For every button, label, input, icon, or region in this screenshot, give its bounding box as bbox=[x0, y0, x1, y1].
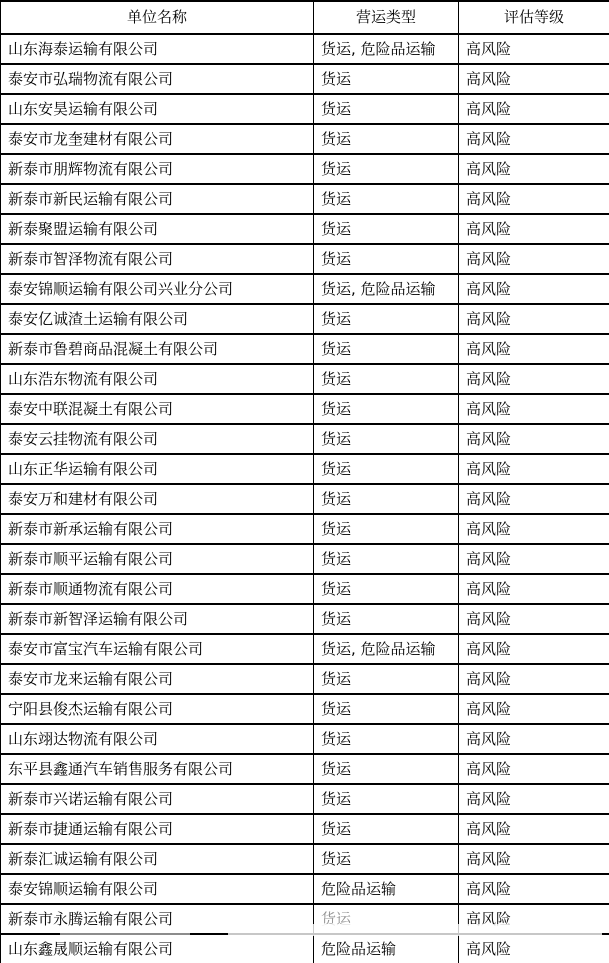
risk-assessment-table: 单位名称 营运类型 评估等级 山东海泰运输有限公司 货运, 危险品运输 高风险 … bbox=[0, 0, 609, 963]
assessment-level-cell: 高风险 bbox=[459, 754, 609, 784]
unit-name-cell: 山东海泰运输有限公司 bbox=[1, 34, 314, 64]
operation-type-cell: 货运 bbox=[314, 574, 459, 604]
assessment-level-cell: 高风险 bbox=[459, 844, 609, 874]
unit-name-cell: 新泰市新民运输有限公司 bbox=[1, 184, 314, 214]
operation-type-cell: 货运 bbox=[314, 664, 459, 694]
operation-type-cell: 货运 bbox=[314, 694, 459, 724]
table-row: 宁阳县俊杰运输有限公司 货运 高风险 bbox=[1, 694, 609, 724]
table-row: 泰安云挂物流有限公司 货运 高风险 bbox=[1, 424, 609, 454]
assessment-level-cell: 高风险 bbox=[459, 94, 609, 124]
unit-name-cell: 宁阳县俊杰运输有限公司 bbox=[1, 694, 314, 724]
table-row: 新泰市朋辉物流有限公司 货运 高风险 bbox=[1, 154, 609, 184]
table-row: 新泰市顺平运输有限公司 货运 高风险 bbox=[1, 544, 609, 574]
assessment-level-cell: 高风险 bbox=[459, 814, 609, 844]
operation-type-cell: 货运 bbox=[314, 154, 459, 184]
header-row: 单位名称 营运类型 评估等级 bbox=[1, 1, 609, 34]
unit-name-cell: 新泰市顺平运输有限公司 bbox=[1, 544, 314, 574]
table-row: 泰安万和建材有限公司 货运 高风险 bbox=[1, 484, 609, 514]
assessment-level-cell: 高风险 bbox=[459, 214, 609, 244]
assessment-level-cell: 高风险 bbox=[459, 64, 609, 94]
unit-name-cell: 泰安市龙奎建材有限公司 bbox=[1, 124, 314, 154]
table-row: 山东鑫晟顺运输有限公司 危险品运输 高风险 bbox=[1, 934, 609, 963]
unit-name-cell: 泰安锦顺运输有限公司 bbox=[1, 874, 314, 904]
assessment-level-cell: 高风险 bbox=[459, 664, 609, 694]
table-row: 山东正华运输有限公司 货运 高风险 bbox=[1, 454, 609, 484]
operation-type-cell: 货运, 危险品运输 bbox=[314, 34, 459, 64]
table-row: 山东海泰运输有限公司 货运, 危险品运输 高风险 bbox=[1, 34, 609, 64]
operation-type-cell: 货运 bbox=[314, 94, 459, 124]
assessment-level-cell: 高风险 bbox=[459, 484, 609, 514]
table-row: 山东安昊运输有限公司 货运 高风险 bbox=[1, 94, 609, 124]
unit-name-cell: 泰安市龙来运输有限公司 bbox=[1, 664, 314, 694]
table-row: 新泰聚盟运输有限公司 货运 高风险 bbox=[1, 214, 609, 244]
operation-type-cell: 货运 bbox=[314, 214, 459, 244]
assessment-level-cell: 高风险 bbox=[459, 274, 609, 304]
assessment-level-cell: 高风险 bbox=[459, 784, 609, 814]
column-header-assessment-level: 评估等级 bbox=[459, 1, 609, 34]
operation-type-cell: 货运 bbox=[314, 424, 459, 454]
assessment-level-cell: 高风险 bbox=[459, 454, 609, 484]
table-row: 泰安中联混凝土有限公司 货运 高风险 bbox=[1, 394, 609, 424]
assessment-level-cell: 高风险 bbox=[459, 364, 609, 394]
table-row: 泰安市富宝汽车运输有限公司 货运, 危险品运输 高风险 bbox=[1, 634, 609, 664]
unit-name-cell: 新泰市朋辉物流有限公司 bbox=[1, 154, 314, 184]
column-header-operation-type: 营运类型 bbox=[314, 1, 459, 34]
unit-name-cell: 山东浩东物流有限公司 bbox=[1, 364, 314, 394]
assessment-level-cell: 高风险 bbox=[459, 334, 609, 364]
operation-type-cell: 货运 bbox=[314, 514, 459, 544]
table-row: 山东翊达物流有限公司 货运 高风险 bbox=[1, 724, 609, 754]
table-row: 泰安市龙奎建材有限公司 货运 高风险 bbox=[1, 124, 609, 154]
operation-type-cell: 货运 bbox=[314, 304, 459, 334]
assessment-level-cell: 高风险 bbox=[459, 394, 609, 424]
operation-type-cell: 货运 bbox=[314, 244, 459, 274]
operation-type-cell: 货运 bbox=[314, 454, 459, 484]
unit-name-cell: 东平县鑫通汽车销售服务有限公司 bbox=[1, 754, 314, 784]
operation-type-cell: 危险品运输 bbox=[314, 874, 459, 904]
operation-type-cell: 货运 bbox=[314, 124, 459, 154]
table-row: 新泰市兴诺运输有限公司 货运 高风险 bbox=[1, 784, 609, 814]
table-row: 新泰市新承运输有限公司 货运 高风险 bbox=[1, 514, 609, 544]
unit-name-cell: 新泰市智泽物流有限公司 bbox=[1, 244, 314, 274]
assessment-level-cell: 高风险 bbox=[459, 544, 609, 574]
column-header-unit-name: 单位名称 bbox=[1, 1, 314, 34]
table-row: 泰安市弘瑞物流有限公司 货运 高风险 bbox=[1, 64, 609, 94]
assessment-level-cell: 高风险 bbox=[459, 724, 609, 754]
unit-name-cell: 泰安市弘瑞物流有限公司 bbox=[1, 64, 314, 94]
table-row: 新泰市鲁碧商品混凝土有限公司 货运 高风险 bbox=[1, 334, 609, 364]
unit-name-cell: 泰安万和建材有限公司 bbox=[1, 484, 314, 514]
assessment-level-cell: 高风险 bbox=[459, 694, 609, 724]
unit-name-cell: 新泰市新承运输有限公司 bbox=[1, 514, 314, 544]
operation-type-cell: 货运 bbox=[314, 754, 459, 784]
unit-name-cell: 山东翊达物流有限公司 bbox=[1, 724, 314, 754]
unit-name-cell: 新泰汇诚运输有限公司 bbox=[1, 844, 314, 874]
table-row: 东平县鑫通汽车销售服务有限公司 货运 高风险 bbox=[1, 754, 609, 784]
table-row: 泰安市龙来运输有限公司 货运 高风险 bbox=[1, 664, 609, 694]
operation-type-cell: 货运 bbox=[314, 334, 459, 364]
table-row: 新泰市新智泽运输有限公司 货运 高风险 bbox=[1, 604, 609, 634]
table-row: 泰安亿诚渣土运输有限公司 货运 高风险 bbox=[1, 304, 609, 334]
assessment-level-cell: 高风险 bbox=[459, 34, 609, 64]
assessment-level-cell: 高风险 bbox=[459, 874, 609, 904]
operation-type-cell: 货运 bbox=[314, 484, 459, 514]
unit-name-cell: 山东安昊运输有限公司 bbox=[1, 94, 314, 124]
assessment-level-cell: 高风险 bbox=[459, 904, 609, 934]
unit-name-cell: 新泰聚盟运输有限公司 bbox=[1, 214, 314, 244]
operation-type-cell: 货运 bbox=[314, 814, 459, 844]
assessment-level-cell: 高风险 bbox=[459, 934, 609, 963]
table-row: 新泰市顺通物流有限公司 货运 高风险 bbox=[1, 574, 609, 604]
unit-name-cell: 泰安亿诚渣土运输有限公司 bbox=[1, 304, 314, 334]
table-row: 新泰市新民运输有限公司 货运 高风险 bbox=[1, 184, 609, 214]
operation-type-cell: 货运, 危险品运输 bbox=[314, 274, 459, 304]
table-row: 山东浩东物流有限公司 货运 高风险 bbox=[1, 364, 609, 394]
unit-name-cell: 山东正华运输有限公司 bbox=[1, 454, 314, 484]
assessment-level-cell: 高风险 bbox=[459, 574, 609, 604]
operation-type-cell: 货运 bbox=[314, 784, 459, 814]
table-row: 新泰市智泽物流有限公司 货运 高风险 bbox=[1, 244, 609, 274]
assessment-level-cell: 高风险 bbox=[459, 634, 609, 664]
assessment-level-cell: 高风险 bbox=[459, 514, 609, 544]
unit-name-cell: 山东鑫晟顺运输有限公司 bbox=[1, 934, 314, 963]
operation-type-cell: 货运 bbox=[314, 844, 459, 874]
assessment-level-cell: 高风险 bbox=[459, 154, 609, 184]
document-page: 单位名称 营运类型 评估等级 山东海泰运输有限公司 货运, 危险品运输 高风险 … bbox=[0, 0, 609, 963]
unit-name-cell: 新泰市顺通物流有限公司 bbox=[1, 574, 314, 604]
unit-name-cell: 新泰市鲁碧商品混凝土有限公司 bbox=[1, 334, 314, 364]
unit-name-cell: 泰安云挂物流有限公司 bbox=[1, 424, 314, 454]
operation-type-cell: 货运 bbox=[314, 604, 459, 634]
operation-type-cell: 货运 bbox=[314, 184, 459, 214]
assessment-level-cell: 高风险 bbox=[459, 184, 609, 214]
unit-name-cell: 泰安中联混凝土有限公司 bbox=[1, 394, 314, 424]
operation-type-cell: 危险品运输 bbox=[314, 934, 459, 963]
unit-name-cell: 新泰市捷通运输有限公司 bbox=[1, 814, 314, 844]
operation-type-cell: 货运, 危险品运输 bbox=[314, 634, 459, 664]
table-row: 泰安锦顺运输有限公司兴业分公司 货运, 危险品运输 高风险 bbox=[1, 274, 609, 304]
table-body: 山东海泰运输有限公司 货运, 危险品运输 高风险 泰安市弘瑞物流有限公司 货运 … bbox=[1, 34, 609, 963]
assessment-level-cell: 高风险 bbox=[459, 124, 609, 154]
unit-name-cell: 新泰市新智泽运输有限公司 bbox=[1, 604, 314, 634]
table-row: 新泰汇诚运输有限公司 货运 高风险 bbox=[1, 844, 609, 874]
assessment-level-cell: 高风险 bbox=[459, 424, 609, 454]
table-row: 新泰市捷通运输有限公司 货运 高风险 bbox=[1, 814, 609, 844]
unit-name-cell: 新泰市兴诺运输有限公司 bbox=[1, 784, 314, 814]
unit-name-cell: 新泰市永腾运输有限公司 bbox=[1, 904, 314, 934]
operation-type-cell: 货运 bbox=[314, 64, 459, 94]
operation-type-cell: 货运 bbox=[314, 394, 459, 424]
assessment-level-cell: 高风险 bbox=[459, 244, 609, 274]
unit-name-cell: 泰安市富宝汽车运输有限公司 bbox=[1, 634, 314, 664]
assessment-level-cell: 高风险 bbox=[459, 604, 609, 634]
assessment-level-cell: 高风险 bbox=[459, 304, 609, 334]
operation-type-cell: 货运 bbox=[314, 544, 459, 574]
unit-name-cell: 泰安锦顺运输有限公司兴业分公司 bbox=[1, 274, 314, 304]
table-row: 泰安锦顺运输有限公司 危险品运输 高风险 bbox=[1, 874, 609, 904]
table-row: 新泰市永腾运输有限公司 货运 高风险 bbox=[1, 904, 609, 934]
operation-type-cell: 货运 bbox=[314, 364, 459, 394]
operation-type-cell: 货运 bbox=[314, 904, 459, 934]
operation-type-cell: 货运 bbox=[314, 724, 459, 754]
